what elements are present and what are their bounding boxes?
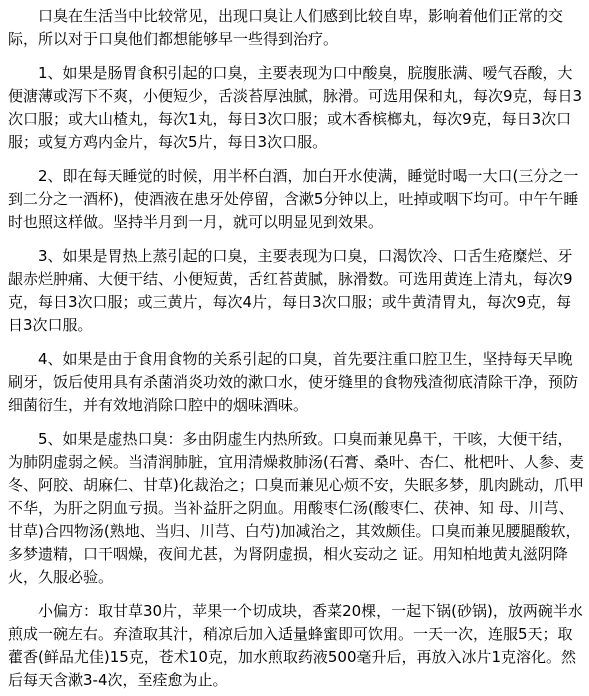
paragraph-remedy-2-white-wine-rinse: 2、即在每天睡觉的时候，用半杯白酒，加白开水使满，睡觉时喝一大口(三分之一到二分…	[8, 165, 585, 234]
paragraph-intro: 口臭在生活当中比较常见，出现口臭让人们感到比较自卑，影响着他们正常的交际，所以对…	[8, 5, 585, 51]
paragraph-remedy-5-deficiency-heat: 5、如果是虚热口臭：多由阴虚生内热所致。口臭而兼见鼻干，干咳，大便干结，为肺阴虚…	[8, 428, 585, 589]
paragraph-folk-remedy: 小偏方：取甘草30片，苹果一个切成块，香菜20棵，一起下锅(砂锅)，放两碗半水煎…	[8, 600, 585, 692]
article-body: 口臭在生活当中比较常见，出现口臭让人们感到比较自卑，影响着他们正常的交际，所以对…	[0, 0, 589, 696]
paragraph-remedy-3-stomach-heat: 3、如果是胃热上蒸引起的口臭，主要表现为口臭，口渴饮冷、口舌生疮糜烂、牙龈赤烂肿…	[8, 245, 585, 337]
paragraph-remedy-4-oral-hygiene: 4、如果是由于食用食物的关系引起的口臭，首先要注重口腔卫生，坚持每天早晚刷牙，饭…	[8, 348, 585, 417]
paragraph-remedy-1-food-stagnation: 1、如果是肠胃食积引起的口臭，主要表现为口中酸臭，脘腹胀满、嗳气吞酸，大便溏薄或…	[8, 62, 585, 154]
